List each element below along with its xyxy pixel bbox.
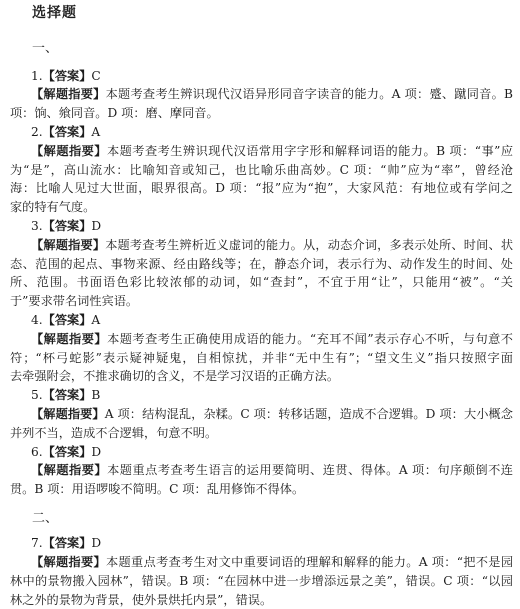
question-number: 1. [31,69,43,83]
analysis-line: 【解题指要】A 项：结构混乱，杂糅。C 项：转移话题，造成不合逻辑。D 项：大小… [10,405,513,424]
analysis-label: 【解题指要】 [31,238,105,252]
answer-line: 3.【答案】D [10,217,513,236]
question-6: 6.【答案】D 【解题指要】本题重点考查考生语言的运用要简明、连贯、得体。A 项… [0,443,520,499]
answer-value: C [91,69,100,83]
question-number: 7. [31,536,43,550]
analysis-line: 林中的景物搬入园林”，错误。B 项：“在园林中进一步增添远景之美”，错误。C 项… [10,572,513,591]
analysis-line: 贯。B 项：用语啰唆不简明。C 项：乱用修饰不得体。 [10,480,513,499]
answer-label: 【答案】 [43,219,92,233]
analysis-text: 本题重点考查考生语言的运用要简明、连贯、得体。A 项：句序颠倒不连 [107,463,513,477]
analysis-line: 为“是”，高山流水：比喻知音或知己，也比喻乐曲高妙。C 项：“帅”应为“率”，曾… [10,161,513,180]
analysis-label: 【解题指要】 [31,87,106,101]
answer-label: 【答案】 [43,125,92,139]
analysis-line: 【解题指要】本题考查考生正确使用成语的能力。“充耳不闻”表示存心不听，与句意不 [10,330,513,349]
analysis-line: 【解题指要】本题考查考生辨识现代汉语异形同音字读音的能力。A 项：蹙、蹴同音。B [10,85,513,104]
analysis-text: 本题考查考生正确使用成语的能力。“充耳不闻”表示存心不听，与句意不 [107,332,513,346]
answer-value: D [91,536,101,550]
answer-value: A [91,125,100,139]
analysis-label: 【解题指要】 [31,332,107,346]
analysis-label: 【解题指要】 [31,407,105,421]
section-1-questions: 1.【答案】C 【解题指要】本题考查考生辨识现代汉语异形同音字读音的能力。A 项… [0,67,520,499]
analysis-line: 【解题指要】本题考查考生辨析近义虚词的能力。从，动态介词，多表示处所、时间、状 [10,236,513,255]
analysis-text: 本题考查考生辨识现代汉语异形同音字读音的能力。A 项：蹙、蹴同音。B [106,87,513,101]
analysis-line: 去牵强附会，不推求确切的含义，不是学习汉语的正确方法。 [10,367,513,386]
question-3: 3.【答案】D 【解题指要】本题考查考生辨析近义虚词的能力。从，动态介词，多表示… [0,217,520,311]
question-2: 2.【答案】A 【解题指要】本题考查考生辨识现代汉语常用字字形和解释词语的能力。… [0,123,520,217]
analysis-line: 林之外的景物为背景，使外景烘托内景”，错误。 [10,591,513,609]
question-number: 2. [31,125,43,139]
analysis-line: 【解题指要】本题重点考查考生语言的运用要简明、连贯、得体。A 项：句序颠倒不连 [10,461,513,480]
answer-line: 2.【答案】A [10,123,513,142]
analysis-text: 本题重点考查考生对文中重要词语的理解和解释的能力。A 项：“把不是园 [106,555,513,569]
answer-label: 【答案】 [43,536,92,550]
question-5: 5.【答案】B 【解题指要】A 项：结构混乱，杂糅。C 项：转移话题，造成不合逻… [0,386,520,442]
analysis-line: 家的特有气度。 [10,198,513,217]
page-title: 选择题 [32,4,520,23]
question-number: 5. [31,388,43,402]
answer-label: 【答案】 [43,388,92,402]
question-number: 4. [31,313,43,327]
analysis-line: 【解题指要】本题重点考查考生对文中重要词语的理解和解释的能力。A 项：“把不是园 [10,553,513,572]
analysis-label: 【解题指要】 [31,144,107,158]
answer-value: A [91,313,100,327]
question-4: 4.【答案】A 【解题指要】本题考查考生正确使用成语的能力。“充耳不闻”表示存心… [0,311,520,386]
section-heading-1: 一、 [32,40,520,59]
answer-line: 1.【答案】C [10,67,513,86]
answer-label: 【答案】 [43,445,92,459]
analysis-line: 海：比喻人见过大世面，眼界很高。D 项：“报”应为“抱”，大家风范：有地位或有学… [10,179,513,198]
section-2-questions: 7.【答案】D 【解题指要】本题重点考查考生对文中重要词语的理解和解释的能力。A… [0,534,520,609]
question-1: 1.【答案】C 【解题指要】本题考查考生辨识现代汉语异形同音字读音的能力。A 项… [0,67,520,123]
answer-label: 【答案】 [43,69,92,83]
answer-line: 4.【答案】A [10,311,513,330]
section-heading-2: 二、 [32,510,520,529]
analysis-label: 【解题指要】 [31,555,106,569]
analysis-text: 本题考查考生辨识现代汉语常用字字形和解释词语的能力。B 项：“事”应 [107,144,513,158]
question-7: 7.【答案】D 【解题指要】本题重点考查考生对文中重要词语的理解和解释的能力。A… [0,534,520,609]
analysis-line: 项：饷、飨同音。D 项：磨、摩同音。 [10,104,513,123]
answer-line: 5.【答案】B [10,386,513,405]
answer-label: 【答案】 [43,313,92,327]
analysis-text: A 项：结构混乱，杂糅。C 项：转移话题，造成不合逻辑。D 项：大小概念 [105,407,513,421]
answer-line: 6.【答案】D [10,443,513,462]
analysis-line: 于”要求带名词性宾语。 [10,292,513,311]
answer-document-page: 选择题 一、 1.【答案】C 【解题指要】本题考查考生辨识现代汉语异形同音字读音… [0,0,520,609]
analysis-label: 【解题指要】 [31,463,107,477]
analysis-line: 【解题指要】本题考查考生辨识现代汉语常用字字形和解释词语的能力。B 项：“事”应 [10,142,513,161]
question-number: 6. [31,445,43,459]
question-number: 3. [31,219,43,233]
analysis-line: 态、范围的起点、事物来源、经由路线等；在，静态介词，表示行为、动作发生的时间、处 [10,255,513,274]
answer-value: B [91,388,100,402]
analysis-line: 并列不当，造成不合逻辑，句意不明。 [10,424,513,443]
analysis-line: 符；“杯弓蛇影”表示疑神疑鬼，自相惊扰，并非“无中生有”；“望文生义”指只按照字… [10,349,513,368]
analysis-line: 所、范围。书面语色彩比较浓郁的动词，如“查封”，不宜于用“让”，只能用“被”。“… [10,273,513,292]
answer-line: 7.【答案】D [10,534,513,553]
answer-value: D [91,219,101,233]
analysis-text: 本题考查考生辨析近义虚词的能力。从，动态介词，多表示处所、时间、状 [105,238,513,252]
answer-value: D [91,445,101,459]
